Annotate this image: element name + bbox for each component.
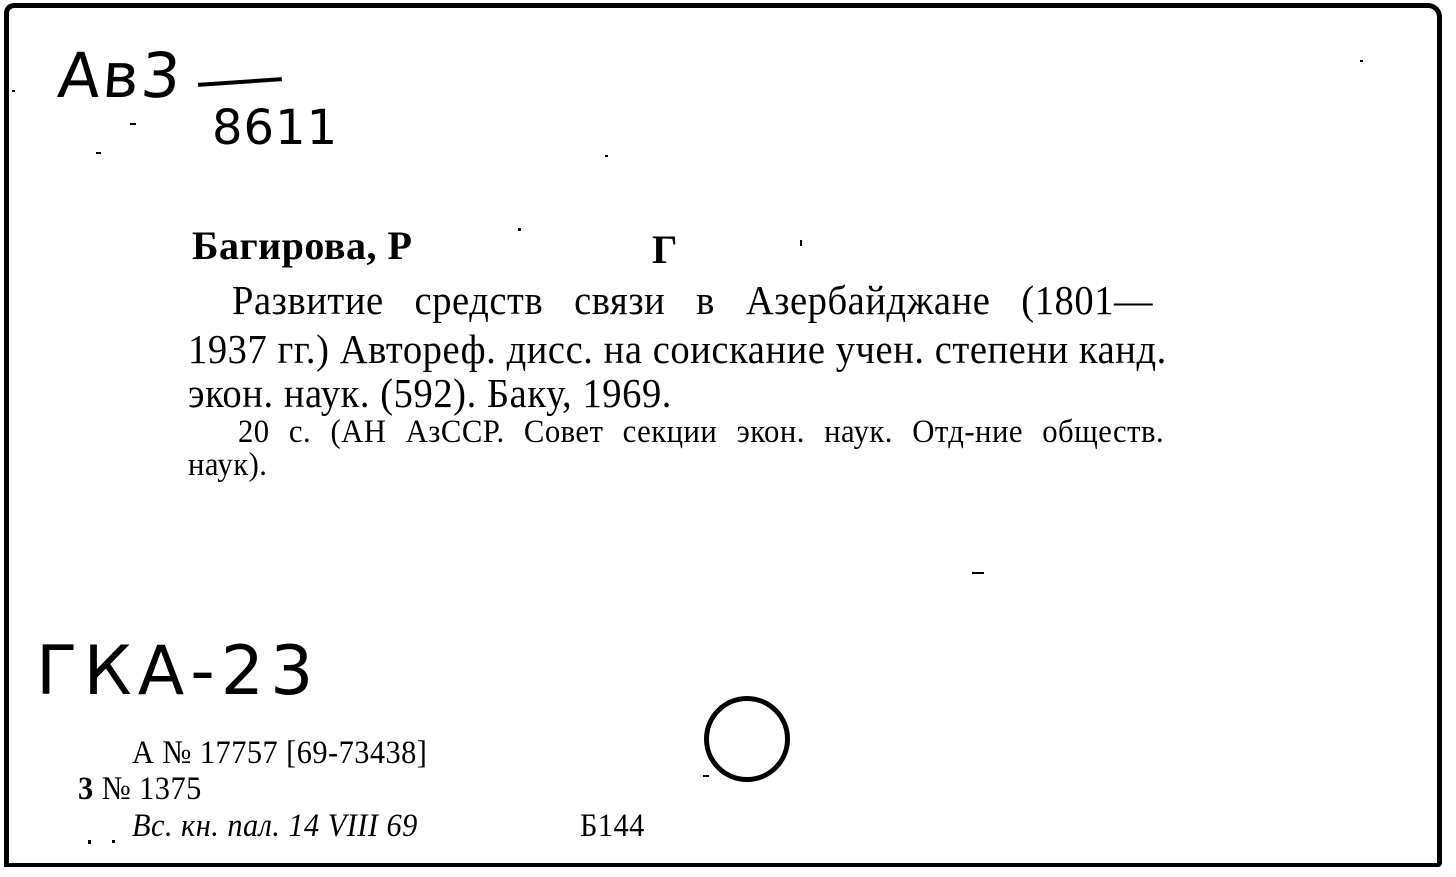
registration-line-1: А № 17757 [69-73438] <box>132 735 427 772</box>
scan-speck <box>972 572 984 574</box>
scan-speck <box>130 123 136 125</box>
scan-speck <box>605 155 608 157</box>
title-line-2: 1937 гг.) Автореф. дисс. на соискание уч… <box>188 325 1167 373</box>
registration-code: Б144 <box>580 808 645 845</box>
scan-speck <box>96 152 101 154</box>
scan-speck <box>518 228 521 231</box>
scan-speck <box>12 90 15 92</box>
description-line-2: наук). <box>188 447 267 484</box>
registration-line-2: 3 № 1375 <box>78 771 202 808</box>
scan-speck <box>88 840 91 844</box>
registration-number: № 1375 <box>102 771 202 807</box>
description-line-1: 20 с. (АН АзССР. Совет секции экон. наук… <box>238 414 1164 451</box>
title-line-1: Развитие средств связи в Азербайджане (1… <box>232 276 1153 324</box>
author-name: Багирова, Р <box>192 222 412 269</box>
shelf-mark-top: Ав3 <box>56 45 185 107</box>
author-initial: Г <box>652 226 677 273</box>
handwritten-code: ГКА-23 <box>36 638 319 706</box>
title-line-3: экон. наук. (592). Баку, 1969. <box>188 369 672 417</box>
scan-speck <box>112 840 115 843</box>
scan-speck <box>1360 60 1363 62</box>
registration-line-3: Вс. кн. пал. 14 VIII 69 <box>132 808 418 845</box>
shelf-mark-bottom: 8611 <box>212 104 338 152</box>
registration-prefix: 3 <box>78 771 94 807</box>
scan-speck <box>703 775 709 777</box>
stamp-circle-icon <box>704 696 790 782</box>
scan-speck <box>800 240 802 246</box>
